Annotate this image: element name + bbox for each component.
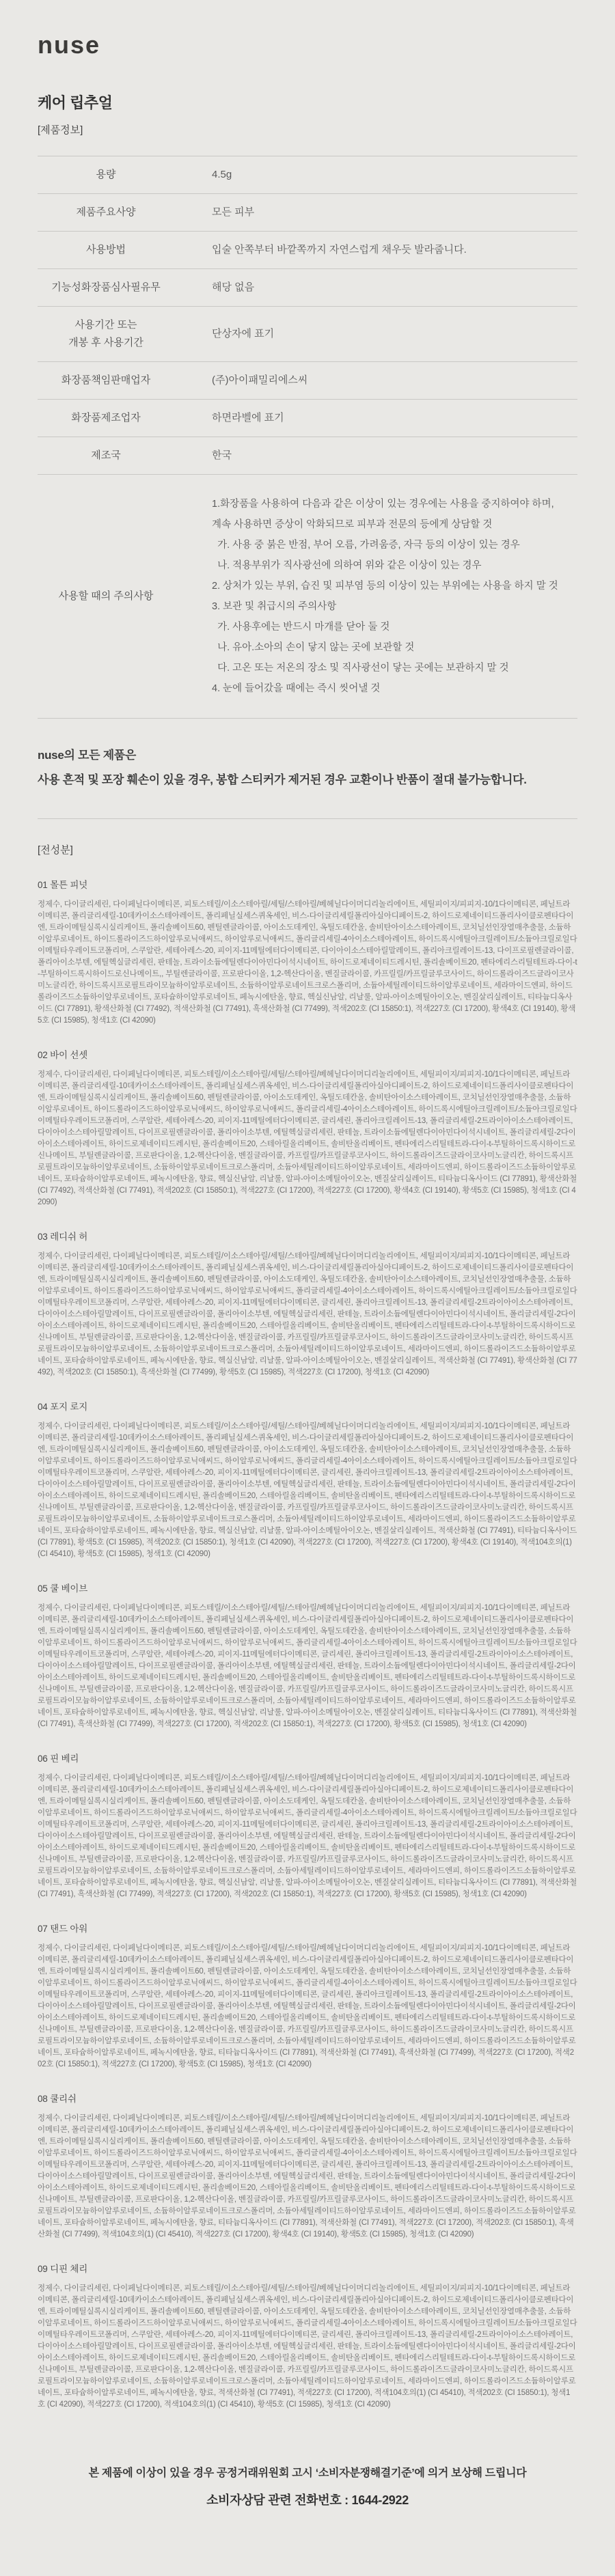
product-info-page: nuse 케어 립추얼 [제품정보] 용량 4.5g 제품주요사양 모든 피부 … [0, 0, 615, 2549]
ingredients-section-label: [전성분] [38, 842, 577, 857]
ingredient-text: 정제수, 다이글리세린, 다이페닐다이메티콘, 피토스테릴/이소스테아릴/세틸/… [38, 1773, 577, 1900]
ingredients-list: 01 몰튼 피넛 정제수, 다이글리세린, 다이페닐다이메티콘, 피토스테릴/이… [38, 877, 577, 2411]
return-policy-notice: nuse의 모든 제품은 사용 흔적 및 포장 훼손이 있을 경우, 봉합 스티… [38, 719, 577, 819]
row-label: 사용기간 또는 개봉 후 사용기간 [38, 316, 174, 352]
customer-service-phone: 소비자상담 관련 전화번호 : 1644-2922 [38, 2491, 577, 2508]
shade-name: 01 몰튼 피넛 [38, 877, 577, 891]
ingredient-text: 정제수, 다이글리세린, 다이페닐다이메티콘, 피토스테릴/이소스테아릴/세틸/… [38, 1421, 577, 1560]
notice-line: nuse의 모든 제품은 [38, 743, 577, 768]
table-row: 용량 4.5g [38, 156, 577, 194]
ingredient-item: 02 바이 선셋 정제수, 다이글리세린, 다이페닐다이메티콘, 피토스테릴/이… [38, 1047, 577, 1208]
footer: 본 제품에 이상이 있을 경우 공정거래위원회 고시 ‘소비자분쟁해결기준’에 … [38, 2464, 577, 2508]
row-label: 화장품제조업자 [38, 409, 174, 427]
table-row: 기능성화장품심사필유무 해당 없음 [38, 269, 577, 307]
shade-name: 07 탠드 아워 [38, 1921, 577, 1935]
shade-name: 06 핀 베리 [38, 1751, 577, 1764]
ingredient-item: 04 포지 로지 정제수, 다이글리세린, 다이페닐다이메티콘, 피토스테릴/이… [38, 1399, 577, 1560]
ingredient-item: 07 탠드 아워 정제수, 다이글리세린, 다이페닐다이메티콘, 피토스테릴/이… [38, 1921, 577, 2071]
ingredient-item: 01 몰튼 피넛 정제수, 다이글리세린, 다이페닐다이메티콘, 피토스테릴/이… [38, 877, 577, 1027]
table-row: 화장품제조업자 하면라벨에 표기 [38, 400, 577, 437]
table-row: 제품주요사양 모든 피부 [38, 194, 577, 232]
row-value: 4.5g [212, 167, 577, 183]
row-label: 사용할 때의 주의사항 [38, 587, 174, 605]
ingredient-text: 정제수, 다이글리세린, 다이페닐다이메티콘, 피토스테릴/이소스테아릴/세틸/… [38, 1603, 577, 1730]
shade-name: 04 포지 로지 [38, 1399, 577, 1413]
ingredient-item: 05 쿨 베이브 정제수, 다이글리세린, 다이페닐다이메티콘, 피토스테릴/이… [38, 1581, 577, 1730]
row-value: 단상자에 표기 [212, 326, 577, 342]
table-row-cautions: 사용할 때의 주의사항 1.화장품을 사용하여 다음과 같은 이상이 있는 경우… [38, 475, 577, 719]
row-label: 화장품책임판매업자 [38, 372, 174, 389]
ingredient-item: 03 레디쉬 허 정제수, 다이글리세린, 다이페닐다이메티콘, 피토스테릴/이… [38, 1229, 577, 1379]
ingredient-text: 정제수, 다이글리세린, 다이페닐다이메티콘, 피토스테릴/이소스테아릴/세틸/… [38, 1251, 577, 1379]
product-title: 케어 립추얼 [38, 92, 577, 113]
shade-name: 03 레디쉬 허 [38, 1229, 577, 1243]
brand-logo: nuse [38, 33, 577, 57]
row-label: 제조국 [38, 447, 174, 465]
shade-name: 08 쿨리쉬 [38, 2091, 577, 2105]
row-value: 모든 피부 [212, 204, 577, 221]
shade-name: 09 디핀 체리 [38, 2261, 577, 2275]
row-value: (주)아이패밀리에스씨 [212, 372, 577, 389]
shade-name: 05 쿨 베이브 [38, 1581, 577, 1594]
table-row: 제조국 한국 [38, 437, 577, 475]
shade-name: 02 바이 선셋 [38, 1047, 577, 1061]
row-label: 사용방법 [38, 241, 174, 259]
product-spec-table: 용량 4.5g 제품주요사양 모든 피부 사용방법 입술 안쪽부터 바깥쪽까지 … [38, 156, 577, 719]
notice-line: 사용 흔적 및 포장 훼손이 있을 경우, 봉합 스티커가 제거된 경우 교환이… [38, 768, 577, 792]
ingredient-text: 정제수, 다이글리세린, 다이페닐다이메티콘, 피토스테릴/이소스테아릴/세틸/… [38, 2283, 577, 2411]
ingredient-item: 06 핀 베리 정제수, 다이글리세린, 다이페닐다이메티콘, 피토스테릴/이소… [38, 1751, 577, 1900]
row-label: 기능성화장품심사필유무 [38, 279, 174, 296]
row-value: 하면라벨에 표기 [212, 410, 577, 426]
table-row: 화장품책임판매업자 (주)아이패밀리에스씨 [38, 362, 577, 400]
table-row: 사용방법 입술 안쪽부터 바깥쪽까지 자연스럽게 채우듯 발라줍니다. [38, 232, 577, 269]
ingredient-text: 정제수, 다이글리세린, 다이페닐다이메티콘, 피토스테릴/이소스테아릴/세틸/… [38, 1943, 577, 2071]
row-value: 입술 안쪽부터 바깥쪽까지 자연스럽게 채우듯 발라줍니다. [212, 242, 577, 258]
ingredient-text: 정제수, 다이글리세린, 다이페닐다이메티콘, 피토스테릴/이소스테아릴/세틸/… [38, 899, 577, 1027]
product-info-section-label: [제품정보] [38, 122, 577, 137]
ingredient-item: 08 쿨리쉬 정제수, 다이글리세린, 다이페닐다이메티콘, 피토스테릴/이소스… [38, 2091, 577, 2241]
row-value: 1.화장품을 사용하여 다음과 같은 이상이 있는 경우에는 사용을 중지하여야… [212, 484, 577, 708]
ingredient-text: 정제수, 다이글리세린, 다이페닐다이메티콘, 피토스테릴/이소스테아릴/세틸/… [38, 2113, 577, 2241]
row-value: 한국 [212, 447, 577, 464]
row-value: 해당 없음 [212, 279, 577, 296]
ingredient-text: 정제수, 다이글리세린, 다이페닐다이메티콘, 피토스테릴/이소스테아릴/세틸/… [38, 1069, 577, 1208]
compensation-notice: 본 제품에 이상이 있을 경우 공정거래위원회 고시 ‘소비자분쟁해결기준’에 … [38, 2464, 577, 2480]
row-label: 제품주요사양 [38, 204, 174, 221]
table-row: 사용기간 또는 개봉 후 사용기간 단상자에 표기 [38, 307, 577, 362]
ingredient-item: 09 디핀 체리 정제수, 다이글리세린, 다이페닐다이메티콘, 피토스테릴/이… [38, 2261, 577, 2411]
row-label: 용량 [38, 166, 174, 184]
